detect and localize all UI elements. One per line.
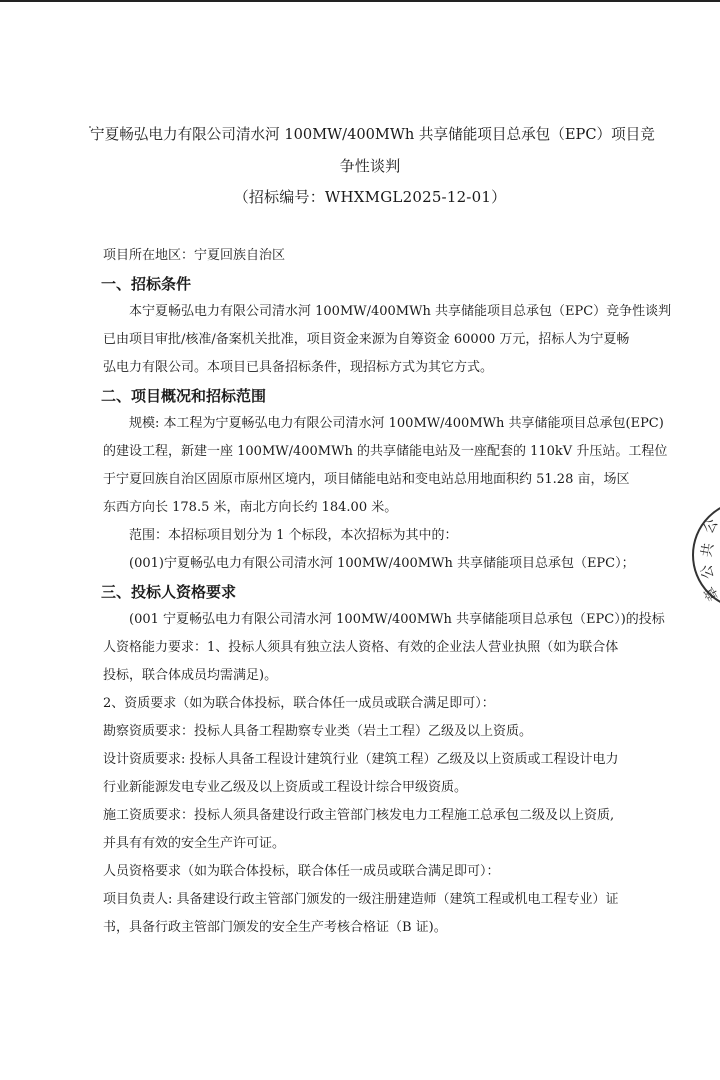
paragraph-line: 弘电力有限公司。本项目已具备招标条件，现招标方式为其它方式。	[103, 354, 641, 382]
paragraph-line: 并具有有效的安全生产许可证。	[103, 830, 641, 858]
document-title: 宁夏畅弘电力有限公司清水河 100MW/400MWh 共享储能项目总承包（EPC…	[90, 120, 650, 212]
paragraph-line: 施工资质要求：投标人须具备建设行政主管部门核发电力工程施工总承包二级及以上资质,	[103, 802, 641, 830]
paragraph-line: 于宁夏回族自治区固原市原州区境内，项目储能电站和变电站总用地面积约 51.28 …	[103, 466, 641, 494]
section-heading-tender-conditions: 一、招标条件	[101, 270, 641, 298]
section-heading-project-overview: 二、项目概况和招标范围	[101, 382, 641, 410]
paragraph-line: 书，具备行政主管部门颁发的安全生产考核合格证（B 证)。	[103, 914, 641, 942]
document-page: 宁夏畅弘电力有限公司清水河 100MW/400MWh 共享储能项目总承包（EPC…	[0, 0, 720, 1080]
paragraph-line: 已由项目审批/核准/备案机关批准，项目资金来源为自筹资金 60000 万元，招标…	[103, 326, 641, 354]
paragraph-line: 投标，联合体成员均需满足)。	[103, 662, 641, 690]
paragraph-line: (001)宁夏畅弘电力有限公司清水河 100MW/400MWh 共享储能项目总承…	[103, 550, 641, 578]
title-line-2: 争性谈判	[90, 151, 650, 181]
title-line-1: 宁夏畅弘电力有限公司清水河 100MW/400MWh 共享储能项目总承包（EPC…	[90, 120, 650, 150]
project-location: 项目所在地区：宁夏回族自治区	[103, 242, 641, 270]
paragraph-line: 本宁夏畅弘电力有限公司清水河 100MW/400MWh 共享储能项目总承包（EP…	[103, 298, 641, 326]
paragraph-line: 范围：本招标项目划分为 1 个标段，本次招标为其中的：	[103, 522, 641, 550]
paragraph-line: 规模: 本工程为宁夏畅弘电力有限公司清水河 100MW/400MWh 共享储能项…	[103, 410, 641, 438]
paragraph-line: 人资格能力要求：1、投标人须具有独立法人资格、有效的企业法人营业执照（如为联合体	[103, 634, 641, 662]
paragraph-line: 人员资格要求（如为联合体投标，联合体任一成员或联合满足即可）：	[103, 858, 641, 886]
paragraph-line: 勘察资质要求：投标人具备工程勘察专业类（岩土工程）乙级及以上资质。	[103, 718, 641, 746]
section-heading-bidder-qualifications: 三、投标人资格要求	[101, 578, 641, 606]
paragraph-line: 行业新能源发电专业乙级及以上资质或工程设计综合甲级资质。	[103, 774, 641, 802]
paragraph-line: 东西方向长 178.5 米，南北方向长约 184.00 米。	[103, 494, 641, 522]
paragraph-line: 设计资质要求: 投标人具备工程设计建筑行业（建筑工程）乙级及以上资质或工程设计电…	[103, 746, 641, 774]
paragraph-line: (001 宁夏畅弘电力有限公司清水河 100MW/400MWh 共享储能项目总承…	[103, 606, 641, 634]
tender-number: （招标编号：WHXMGL2025-12-01）	[90, 182, 650, 212]
paragraph-line: 项目负责人: 具备建设行政主管部门颁发的一级注册建造师（建筑工程或机电工程专业）…	[103, 886, 641, 914]
paragraph-line: 2、资质要求（如为联合体投标，联合体任一成员或联合满足即可）：	[103, 690, 641, 718]
document-body: 项目所在地区：宁夏回族自治区 一、招标条件 本宁夏畅弘电力有限公司清水河 100…	[103, 242, 641, 942]
paragraph-line: 的建设工程，新建一座 100MW/400MWh 的共享储能电站及一座配套的 11…	[103, 438, 641, 466]
